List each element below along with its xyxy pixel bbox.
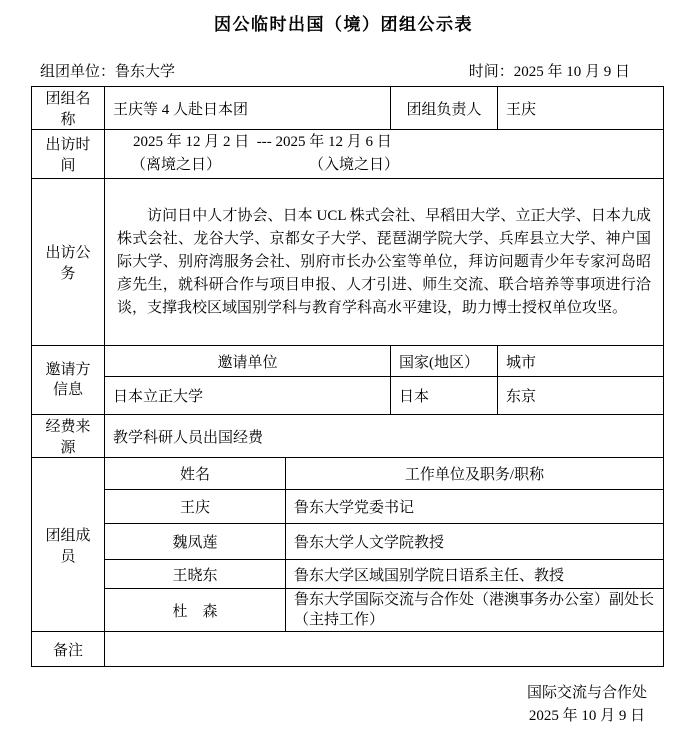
members-title-header: 工作单位及职务/职称: [286, 458, 664, 490]
members-name-header: 姓名: [105, 458, 286, 490]
visit-time-label: 出访时间: [32, 130, 105, 179]
time-value: 2025 年 10 月 9 日: [514, 64, 630, 80]
group-name-label: 团组名称: [32, 87, 105, 130]
member-name: 杜 森: [105, 589, 286, 632]
table-row: 团组成员 姓名 工作单位及职务/职称: [32, 458, 664, 490]
signature-block: 国际交流与合作处 2025 年 10 月 9 日: [527, 682, 647, 728]
member-title: 鲁东大学国际交流与合作处（港澳事务办公室）副处长（主持工作）: [286, 589, 664, 632]
visit-business-label: 出访公务: [32, 179, 105, 346]
member-row: 魏凤莲 鲁东大学人文学院教授: [32, 524, 664, 560]
remarks-value: [105, 632, 664, 667]
members-label: 团组成员: [32, 458, 105, 632]
table-row: 经费来源 教学科研人员出国经费: [32, 415, 664, 458]
organizer-label: 组团单位：: [40, 64, 115, 80]
inviter-country-value: 日本: [391, 377, 498, 415]
group-name-value: 王庆等 4 人赴日本团: [105, 87, 391, 130]
table-row: 出访时间 2025 年 12 月 2 日 --- 2025 年 12 月 6 日…: [32, 130, 664, 179]
member-title: 鲁东大学人文学院教授: [286, 524, 664, 560]
table-row: 邀请方 信息 邀请单位 国家(地区） 城市: [32, 346, 664, 377]
page-title: 因公临时出国（境）团组公示表: [0, 10, 687, 35]
group-leader-value: 王庆: [498, 87, 664, 130]
member-name: 魏凤莲: [105, 524, 286, 560]
visit-time-value: 2025 年 12 月 2 日 --- 2025 年 12 月 6 日 （离境之…: [105, 130, 664, 179]
table-row: 日本立正大学 日本 东京: [32, 377, 664, 415]
inviter-label: 邀请方 信息: [32, 346, 105, 415]
time-line: 时间：2025 年 10 月 9 日: [469, 60, 630, 81]
depart-note: （离境之日）: [131, 157, 221, 173]
inviter-label-line2: 信息: [40, 380, 96, 400]
member-name: 王晓东: [105, 560, 286, 589]
member-row: 王庆 鲁东大学党委书记: [32, 490, 664, 524]
visit-business-text: 访问日中人才协会、日本 UCL 株式会社、早稻田大学、立正大学、日本九成株式会社…: [113, 203, 655, 322]
signature-department: 国际交流与合作处: [527, 682, 647, 705]
visit-business-value: 访问日中人才协会、日本 UCL 株式会社、早稻田大学、立正大学、日本九成株式会社…: [105, 179, 664, 346]
return-note: （入境之日）: [309, 157, 399, 173]
organizer-value: 鲁东大学: [115, 64, 175, 80]
remarks-label: 备注: [32, 632, 105, 667]
meta-row: 组团单位：鲁东大学 时间：2025 年 10 月 9 日: [31, 60, 663, 81]
signature-date: 2025 年 10 月 9 日: [527, 705, 647, 728]
time-label: 时间：: [469, 64, 514, 80]
member-title: 鲁东大学区域国别学院日语系主任、教授: [286, 560, 664, 589]
inviter-unit-value: 日本立正大学: [105, 377, 391, 415]
table-row: 团组名称 王庆等 4 人赴日本团 团组负责人 王庆: [32, 87, 664, 130]
inviter-city-value: 东京: [498, 377, 664, 415]
notice-document: 因公临时出国（境）团组公示表 组团单位：鲁东大学 时间：2025 年 10 月 …: [0, 0, 687, 736]
inviter-unit-header: 邀请单位: [105, 346, 391, 377]
inviter-label-line1: 邀请方: [40, 360, 96, 380]
visit-time-notes: （离境之日）（入境之日）: [105, 155, 663, 178]
inviter-country-header: 国家(地区）: [391, 346, 498, 377]
visit-time-range: 2025 年 12 月 2 日 --- 2025 年 12 月 6 日: [105, 130, 663, 155]
group-leader-label: 团组负责人: [391, 87, 498, 130]
member-title: 鲁东大学党委书记: [286, 490, 664, 524]
member-name: 王庆: [105, 490, 286, 524]
funding-value: 教学科研人员出国经费: [105, 415, 664, 458]
inviter-city-header: 城市: [498, 346, 664, 377]
table-row: 备注: [32, 632, 664, 667]
table-row: 出访公务 访问日中人才协会、日本 UCL 株式会社、早稻田大学、立正大学、日本九…: [32, 179, 664, 346]
notice-table: 团组名称 王庆等 4 人赴日本团 团组负责人 王庆 出访时间 2025 年 12…: [31, 86, 664, 667]
member-row: 杜 森 鲁东大学国际交流与合作处（港澳事务办公室）副处长（主持工作）: [32, 589, 664, 632]
funding-label: 经费来源: [32, 415, 105, 458]
member-row: 王晓东 鲁东大学区域国别学院日语系主任、教授: [32, 560, 664, 589]
organizer-line: 组团单位：鲁东大学: [40, 60, 175, 81]
